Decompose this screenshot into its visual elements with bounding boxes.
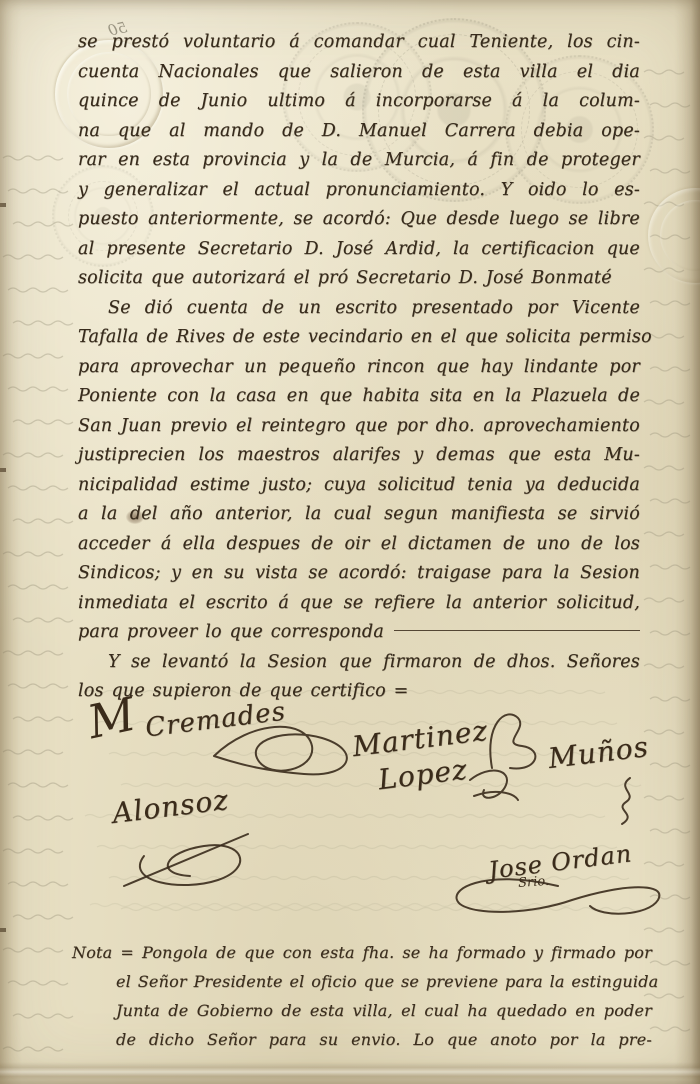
line-text: Sindicos; y en su vista se acordó: traig…	[78, 563, 640, 583]
manuscript-line: acceder á ella despues de oir el dictame…	[78, 530, 640, 560]
line-text: y generalizar el actual pronunciamiento.…	[78, 180, 640, 200]
edge-mark	[0, 928, 6, 932]
signature-flourish	[120, 826, 260, 891]
line-text: rar en esta provincia y la de Murcia, á …	[78, 150, 640, 170]
manuscript-line: para aprovechar un pequeño rincon que ha…	[78, 353, 640, 383]
line-text: Junta de Gobierno de esta villa, el cual…	[116, 1001, 652, 1020]
manuscript-line: na que al mando de D. Manuel Carrera deb…	[78, 117, 640, 147]
note-line: Junta de Gobierno de esta villa, el cual…	[72, 996, 652, 1025]
manuscript-line: quince de Junio ultimo á incorporarse á …	[78, 87, 640, 117]
signature-flourish	[464, 760, 524, 808]
line-text: Tafalla de Rives de este vecindario en e…	[78, 327, 652, 347]
manuscript-line: San Juan previo el reintegro que por dho…	[78, 412, 640, 442]
line-text: na que al mando de D. Manuel Carrera deb…	[78, 121, 640, 141]
line-text: nicipalidad estime justo; cuya solicitud…	[78, 475, 640, 495]
manuscript-line: y generalizar el actual pronunciamiento.…	[78, 176, 640, 206]
line-text: el Señor Presidente el oficio que se pre…	[116, 972, 658, 991]
marginal-note: Nota = Pongola de que con esta fha. se h…	[72, 938, 652, 1054]
filler-rule	[394, 630, 640, 631]
signature-lopez: Lopez	[378, 758, 468, 791]
line-text: acceder á ella despues de oir el dictame…	[78, 534, 640, 554]
line-text: quince de Junio ultimo á incorporarse á …	[78, 91, 640, 111]
line-text: Se dió cuenta de un escrito presentado p…	[108, 298, 640, 318]
edge-mark	[0, 468, 6, 472]
embossed-seal-inner-ring	[660, 200, 700, 271]
manuscript-line: justiprecien los maestros alarifes y dem…	[78, 441, 640, 471]
manuscript-line: nicipalidad estime justo; cuya solicitud…	[78, 471, 640, 501]
signature-name: Muños	[546, 730, 650, 775]
line-text: Nota = Pongola de que con esta fha. se h…	[72, 943, 652, 962]
manuscript-line: al presente Secretario D. José Ardid, la…	[78, 235, 640, 265]
manuscript-line: cuenta Nacionales que salieron de esta v…	[78, 58, 640, 88]
manuscript-line: rar en esta provincia y la de Murcia, á …	[78, 146, 640, 176]
note-line: Nota = Pongola de que con esta fha. se h…	[72, 938, 652, 967]
signature-alonso: Alonsoz	[112, 790, 229, 823]
line-text: a la del año anterior, la cual segun man…	[78, 504, 640, 524]
manuscript-line: Se dió cuenta de un escrito presentado p…	[78, 294, 640, 324]
signature-flourish	[440, 864, 680, 924]
signature-cremades: MCremades	[88, 698, 286, 738]
signature-flourish	[206, 718, 376, 788]
line-text: solicita que autorizará el pró Secretari…	[78, 268, 612, 288]
note-line: de dicho Señor para su envio. Lo que ano…	[72, 1025, 652, 1054]
manuscript-line: puesto anteriormente, se acordó: Que des…	[78, 205, 640, 235]
signature-martinez: Martinez	[352, 722, 488, 755]
manuscript-line: Y se levantó la Sesion que firmaron de d…	[78, 648, 640, 678]
signature-name: Alonsoz	[110, 783, 230, 830]
edge-mark	[0, 203, 6, 207]
manuscript-line: Tafalla de Rives de este vecindario en e…	[78, 323, 640, 353]
signature-ordan: Jose Ordan Srio.	[440, 848, 633, 887]
line-text: Poniente con la casa en que habita sita …	[78, 386, 640, 406]
line-text: de dicho Señor para su envio. Lo que ano…	[116, 1030, 652, 1049]
line-text: San Juan previo el reintegro que por dho…	[78, 416, 640, 436]
signature-name: Lopez	[376, 753, 469, 797]
manuscript-line: Sindicos; y en su vista se acordó: traig…	[78, 559, 640, 589]
line-text: al presente Secretario D. José Ardid, la…	[78, 239, 640, 259]
line-text: para proveer lo que corresponda	[78, 618, 384, 648]
body-text: se prestó voluntario á comandar cual Ten…	[78, 28, 640, 707]
line-text: justiprecien los maestros alarifes y dem…	[78, 445, 640, 465]
manuscript-line: inmediata el escrito á que se refiere la…	[78, 589, 640, 619]
manuscript-page: 50 se prestó voluntario á comandar cual …	[0, 0, 700, 1084]
manuscript-line: a la del año anterior, la cual segun man…	[78, 500, 640, 530]
manuscript-line: solicita que autorizará el pró Secretari…	[78, 264, 640, 294]
manuscript-line: Poniente con la casa en que habita sita …	[78, 382, 640, 412]
line-text: inmediata el escrito á que se refiere la…	[78, 593, 640, 613]
line-text: cuenta Nacionales que salieron de esta v…	[78, 62, 640, 82]
note-line: el Señor Presidente el oficio que se pre…	[72, 967, 652, 996]
signature-munoz: Muños	[548, 736, 649, 769]
line-text: se prestó voluntario á comandar cual Ten…	[78, 32, 640, 52]
line-text: puesto anteriormente, se acordó: Que des…	[78, 209, 640, 229]
line-text: Y se levantó la Sesion que firmaron de d…	[108, 652, 640, 672]
manuscript-line: para proveer lo que corresponda	[78, 618, 640, 648]
manuscript-line: se prestó voluntario á comandar cual Ten…	[78, 28, 640, 58]
signature-initial: M	[84, 694, 138, 743]
fold-crease	[0, 1062, 700, 1080]
signature-flourish	[610, 774, 644, 829]
line-text: para aprovechar un pequeño rincon que ha…	[78, 357, 640, 377]
